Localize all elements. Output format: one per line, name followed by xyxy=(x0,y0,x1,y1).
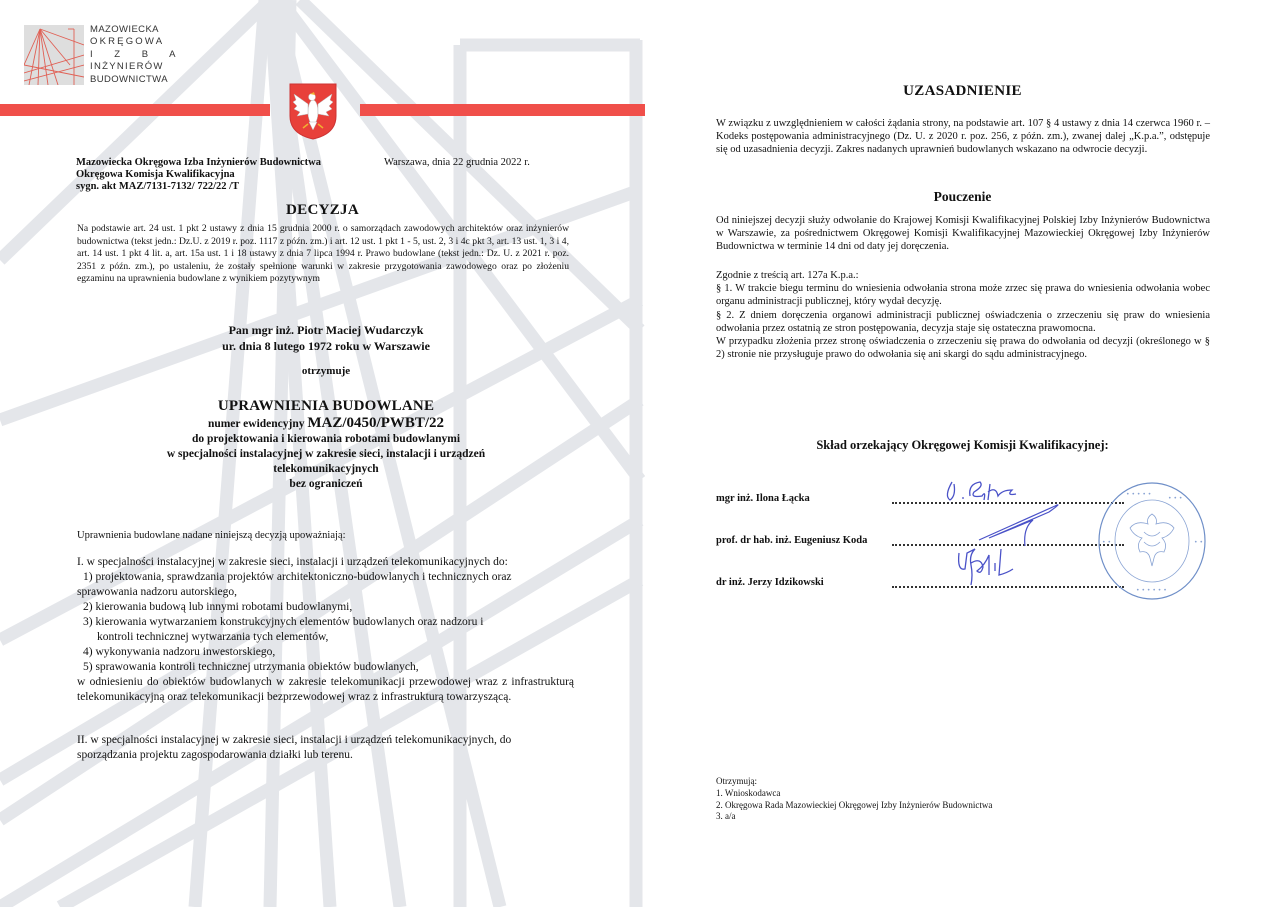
permit-line: telekomunikacyjnych xyxy=(40,462,612,477)
scope-II: II. w specjalności instalacyjnej w zakre… xyxy=(77,733,574,763)
scope-item: 3) kierowania wytwarzaniem konstrukcyjny… xyxy=(77,615,574,630)
scope-item: 2) kierowania budową lub innymi robotami… xyxy=(77,600,574,615)
panel-member: dr inż. Jerzy Idzikowski xyxy=(716,577,824,588)
authorization-intro: Uprawnienia budowlane nadane niniejszą d… xyxy=(77,528,574,543)
kpa-paragraph: W przypadku złożenia przez stronę oświad… xyxy=(716,335,1210,361)
svg-text:• •: • • xyxy=(1194,539,1203,546)
header-red-bar xyxy=(360,104,645,116)
permit-details: numer ewidencyjny MAZ/0450/PWBT/22 do pr… xyxy=(40,416,612,492)
instruction-title: Pouczenie xyxy=(645,189,1280,205)
header-red-bar xyxy=(0,104,270,116)
case-reference: sygn. akt MAZ/7131-7132/ 722/22 /T xyxy=(76,181,321,193)
panel-member: prof. dr hab. inż. Eugeniusz Koda xyxy=(716,535,867,546)
instruction-body: Od niniejszej decyzji służy odwołanie do… xyxy=(716,214,1210,254)
recipient-item: 3. a/a xyxy=(716,811,992,823)
justification-title: UZASADNIENIE xyxy=(645,83,1280,100)
scope-I-heading: I. w specjalności instalacyjnej w zakres… xyxy=(77,555,574,570)
justification-body: W związku z uwzględnieniem w całości żąd… xyxy=(716,117,1210,157)
receives-label: otrzymuje xyxy=(40,365,612,377)
svg-text:• • • • •: • • • • • xyxy=(1126,491,1151,498)
permit-line: do projektowania i kierowania robotami b… xyxy=(40,432,612,447)
scope-item: 4) wykonywania nadzoru inwestorskiego, xyxy=(77,645,574,660)
recipient-item: 2. Okręgowa Rada Mazowieckiej Okręgowej … xyxy=(716,800,992,812)
panel-title: Skład orzekający Okręgowej Komisji Kwali… xyxy=(645,438,1280,453)
permit-title: UPRAWNIENIA BUDOWLANE xyxy=(40,398,612,415)
issuing-organization: Mazowiecka Okręgowa Izba Inżynierów Budo… xyxy=(76,157,321,193)
recipients-list: Otrzymują: 1. Wnioskodawca 2. Okręgowa R… xyxy=(716,776,992,823)
recipient-item: 1. Wnioskodawca xyxy=(716,788,992,800)
coat-of-arms-icon xyxy=(288,82,338,140)
scope-item: sprawowania nadzoru autorskiego, xyxy=(77,585,574,600)
svg-text:• • • • • •: • • • • • • xyxy=(1136,587,1167,594)
scope-item: 5) sprawowania kontroli technicznej utrz… xyxy=(77,660,574,675)
recipients-title: Otrzymują: xyxy=(716,776,992,788)
logo-line: BUDOWNICTWA xyxy=(90,74,185,86)
signature-2-icon xyxy=(975,498,1075,548)
permit-number-label: numer ewidencyjny xyxy=(208,418,305,430)
logo-line: I Z B A xyxy=(90,49,185,61)
decision-title: DECYZJA xyxy=(0,202,645,219)
org-name: Mazowiecka Okręgowa Izba Inżynierów Budo… xyxy=(76,157,321,169)
recipient-block: Pan mgr inż. Piotr Maciej Wudarczyk ur. … xyxy=(40,322,612,354)
scope-I-footer: w odniesieniu do obiektów budowlanych w … xyxy=(77,675,574,705)
legal-basis-paragraph: Na podstawie art. 24 ust. 1 pkt 2 ustawy… xyxy=(77,223,569,286)
commission-name: Okręgowa Komisja Kwalifikacyjna xyxy=(76,169,321,181)
moiib-logo-icon xyxy=(24,25,84,85)
kpa-provisions: Zgodnie z treścią art. 127a K.p.a.: § 1.… xyxy=(716,269,1210,361)
svg-text:• •: • • xyxy=(1102,539,1111,546)
kpa-paragraph: § 2. Z dniem doręczenia organowi adminis… xyxy=(716,309,1210,335)
scope-I: I. w specjalności instalacyjnej w zakres… xyxy=(77,555,574,705)
scope-item: kontroli technicznej wytwarzania tych el… xyxy=(77,630,574,645)
permit-line: w specjalności instalacyjnej w zakresie … xyxy=(40,447,612,462)
official-stamp-icon: • • • • •• • • • •• • • • • • • • xyxy=(1096,480,1208,602)
recipient-birth: ur. dnia 8 lutego 1972 roku w Warszawie xyxy=(40,338,612,354)
logo-line: MAZOWIECKA xyxy=(90,24,185,36)
logo-line: OKRĘGOWA xyxy=(90,36,185,48)
permit-number: MAZ/0450/PWBT/22 xyxy=(307,415,444,431)
svg-text:• • •: • • • xyxy=(1168,495,1182,502)
kpa-intro: Zgodnie z treścią art. 127a K.p.a.: xyxy=(716,269,1210,282)
signature-3-icon xyxy=(955,545,1035,590)
decision-page-front: MAZOWIECKA OKRĘGOWA I Z B A INŻYNIERÓW B… xyxy=(0,0,645,907)
permit-line: bez ograniczeń xyxy=(40,477,612,492)
panel-member: mgr inż. Ilona Łącka xyxy=(716,493,810,504)
scope-item: 1) projektowania, sprawdzania projektów … xyxy=(77,570,574,585)
logo-line: INŻYNIERÓW xyxy=(90,61,185,73)
recipient-name: Pan mgr inż. Piotr Maciej Wudarczyk xyxy=(40,322,612,338)
moiib-logo-text: MAZOWIECKA OKRĘGOWA I Z B A INŻYNIERÓW B… xyxy=(90,24,185,86)
permit-number-line: numer ewidencyjny MAZ/0450/PWBT/22 xyxy=(40,416,612,432)
kpa-paragraph: § 1. W trakcie biegu terminu do wniesien… xyxy=(716,282,1210,308)
issue-date: Warszawa, dnia 22 grudnia 2022 r. xyxy=(384,157,530,168)
